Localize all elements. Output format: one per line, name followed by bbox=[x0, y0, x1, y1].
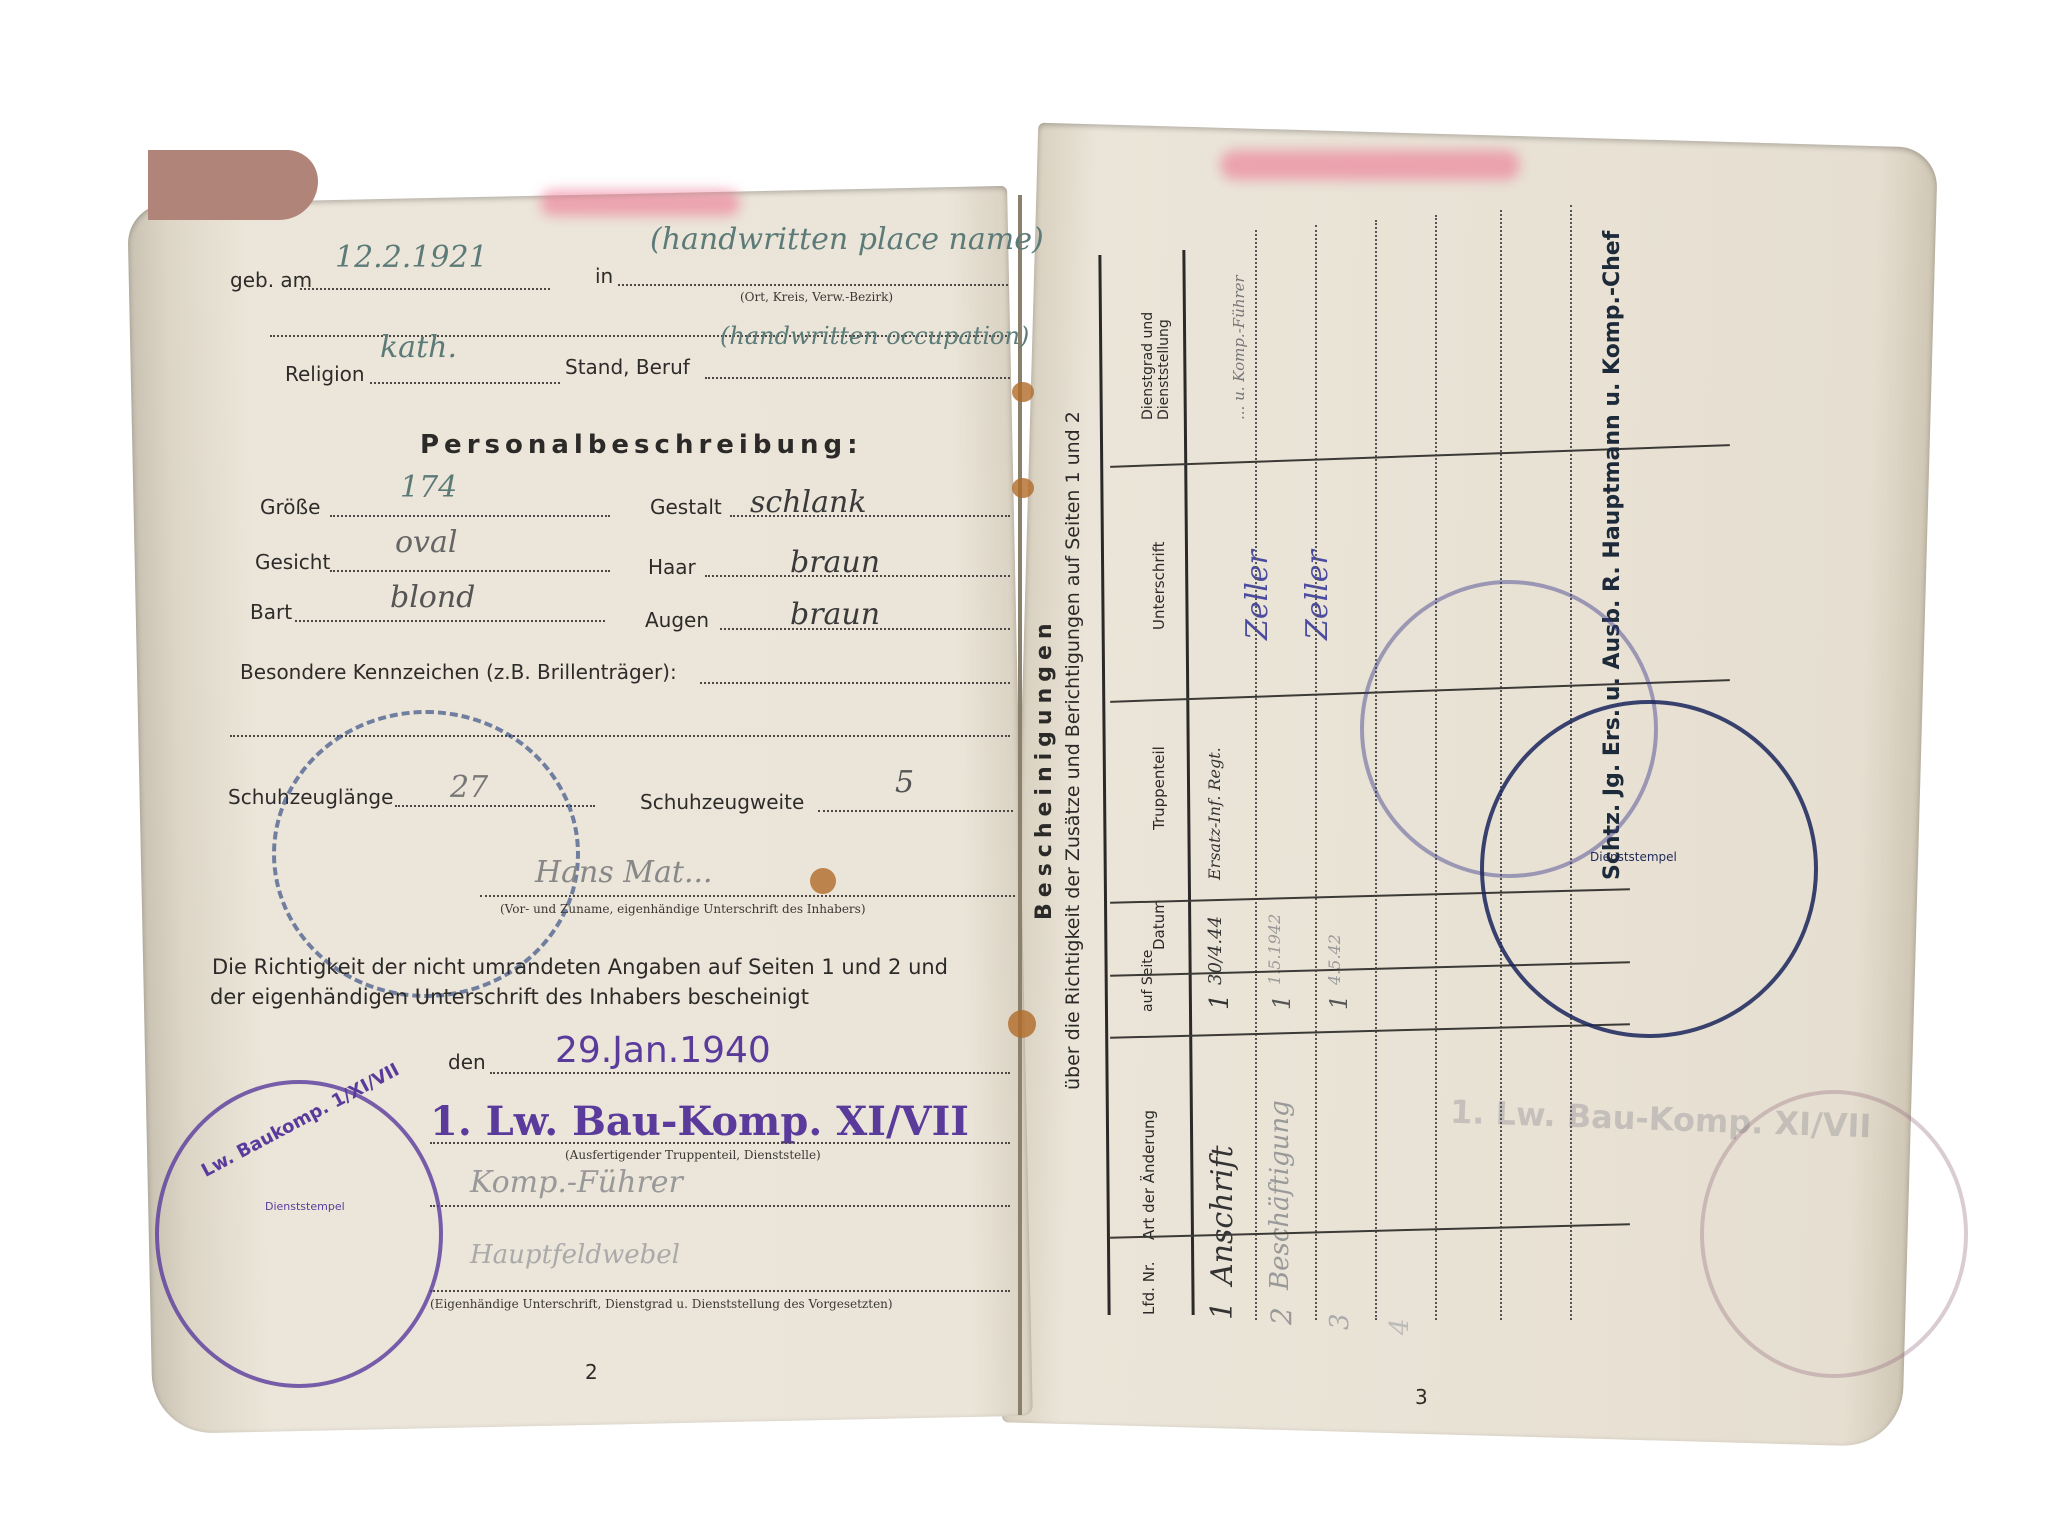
place-caption: (Ort, Kreis, Verw.-Bezirk) bbox=[740, 290, 893, 304]
row-1-seite: 1 bbox=[1205, 993, 1235, 1010]
dotted-line bbox=[330, 570, 610, 572]
header-dienstgrad: Dienstgrad und Dienststellung bbox=[1140, 260, 1172, 420]
header-unterschrift: Unterschrift bbox=[1150, 541, 1168, 630]
row-2-art: Beschäftigung bbox=[1265, 1100, 1295, 1290]
place-value: (handwritten place name) bbox=[650, 222, 1044, 257]
dotted-line bbox=[295, 620, 605, 622]
page-number-right: 3 bbox=[1415, 1385, 1428, 1409]
rust-stain bbox=[1008, 1010, 1036, 1038]
certification-line-1: Die Richtigkeit der nicht umrandeten Ang… bbox=[212, 955, 948, 979]
gesicht-field: Gesicht bbox=[255, 550, 330, 574]
row-3-nr: 3 bbox=[1325, 1313, 1355, 1330]
haar-field: Haar bbox=[648, 555, 696, 579]
row-4-nr: 4 bbox=[1385, 1318, 1415, 1335]
row-1-art: Anschrift bbox=[1205, 1145, 1240, 1285]
stand-value: (handwritten occupation) bbox=[720, 322, 1029, 350]
unit-caption: (Ausfertigender Truppenteil, Dienststell… bbox=[565, 1148, 821, 1162]
kennzeichen-field: Besondere Kennzeichen (z.B. Brillenträge… bbox=[240, 660, 677, 684]
dotted-line bbox=[300, 288, 550, 290]
row-3-seite: 1 bbox=[1325, 995, 1353, 1010]
section-title: Personalbeschreibung: bbox=[420, 430, 862, 460]
header-lfd-nr: Lfd. Nr. bbox=[1140, 1262, 1158, 1315]
officer-caption: (Eigenhändige Unterschrift, Dienstgrad u… bbox=[430, 1297, 893, 1311]
row-3-datum: 4.5.42 bbox=[1325, 934, 1344, 985]
row-divider bbox=[1255, 230, 1257, 1320]
haar-value: braun bbox=[790, 545, 880, 580]
header-datum: Datum bbox=[1150, 899, 1168, 950]
row-2-datum: 1.5.1942 bbox=[1265, 914, 1284, 985]
row-1-dienstgrad: ... u. Komp.-Führer bbox=[1230, 275, 1248, 420]
violet-stamp-center: Dienststempel bbox=[265, 1200, 345, 1213]
row-1-nr: 1 bbox=[1205, 1301, 1240, 1320]
dotted-line bbox=[430, 1290, 1010, 1292]
den-field: den bbox=[448, 1050, 486, 1074]
in-field: in bbox=[595, 264, 613, 288]
dotted-line bbox=[618, 284, 1008, 286]
row-1-datum: 30/4.44 bbox=[1205, 916, 1226, 985]
officer-signature: Komp.-Führer bbox=[470, 1165, 683, 1200]
row-2-unterschrift: Zeller bbox=[1300, 550, 1335, 640]
header-art: Art der Änderung bbox=[1140, 1110, 1158, 1240]
augen-value: braun bbox=[790, 597, 880, 632]
dotted-line bbox=[700, 682, 1010, 684]
header-truppenteil: Truppenteil bbox=[1150, 746, 1168, 830]
dotted-line bbox=[818, 810, 1013, 812]
holder-signature: Hans Mat... bbox=[535, 855, 713, 890]
schuh-weite-field: Schuhzeugweite bbox=[640, 790, 804, 814]
religion-value: kath. bbox=[380, 330, 457, 365]
officer-signature-2: Hauptfeldwebel bbox=[470, 1240, 680, 1270]
holder-caption: (Vor- und Zuname, eigenhändige Unterschr… bbox=[500, 902, 866, 916]
certification-line-2: der eigenhändigen Unterschrift des Inhab… bbox=[210, 985, 809, 1009]
bart-field: Bart bbox=[250, 600, 292, 624]
augen-field: Augen bbox=[645, 608, 709, 632]
dotted-line bbox=[370, 382, 560, 384]
date-stamp: 29.Jan.1940 bbox=[555, 1030, 771, 1071]
dotted-line bbox=[430, 1205, 1010, 1207]
stand-field: Stand, Beruf bbox=[565, 355, 690, 379]
rust-stain bbox=[1012, 382, 1034, 402]
schuh-weite-value: 5 bbox=[895, 765, 914, 800]
rust-stain bbox=[1012, 478, 1034, 498]
right-page-subtitle: über die Richtigkeit der Zusätze und Ber… bbox=[1062, 411, 1084, 1090]
dotted-line bbox=[430, 1142, 1010, 1144]
dotted-line bbox=[480, 895, 1015, 897]
groesse-field: Größe bbox=[260, 495, 320, 519]
blue-round-stamp-right bbox=[1480, 700, 1818, 1038]
gestalt-field: Gestalt bbox=[650, 495, 722, 519]
thumb bbox=[148, 150, 318, 220]
dotted-line bbox=[490, 1072, 1010, 1074]
dotted-line bbox=[330, 515, 610, 517]
bart-value: blond bbox=[390, 580, 475, 615]
row-divider bbox=[1315, 225, 1317, 1320]
right-page-title: Bescheinigungen bbox=[1032, 617, 1057, 920]
header-seite: auf Seite bbox=[1140, 950, 1156, 1012]
dotted-line bbox=[705, 377, 1010, 379]
row-1-unterschrift: Zeller bbox=[1240, 550, 1275, 640]
pink-smear bbox=[540, 190, 740, 216]
row-1-truppenteil: Ersatz-Inf. Regt. bbox=[1205, 747, 1224, 880]
blue-stamp-center: Dienststempel bbox=[1590, 850, 1677, 864]
page-number-left: 2 bbox=[585, 1360, 598, 1384]
gestalt-value: schlank bbox=[750, 485, 867, 520]
religion-field: Religion bbox=[285, 362, 365, 386]
rust-stain bbox=[810, 868, 836, 894]
gesicht-value: oval bbox=[395, 525, 458, 560]
book-spine bbox=[1018, 195, 1022, 1415]
row-2-seite: 1 bbox=[1268, 995, 1296, 1010]
row-2-nr: 2 bbox=[1265, 1307, 1298, 1325]
groesse-value: 174 bbox=[400, 470, 457, 505]
pink-smear bbox=[1220, 150, 1520, 180]
born-value: 12.2.1921 bbox=[335, 240, 488, 275]
unit-stamp: 1. Lw. Bau-Komp. XI/VII bbox=[430, 1098, 969, 1145]
